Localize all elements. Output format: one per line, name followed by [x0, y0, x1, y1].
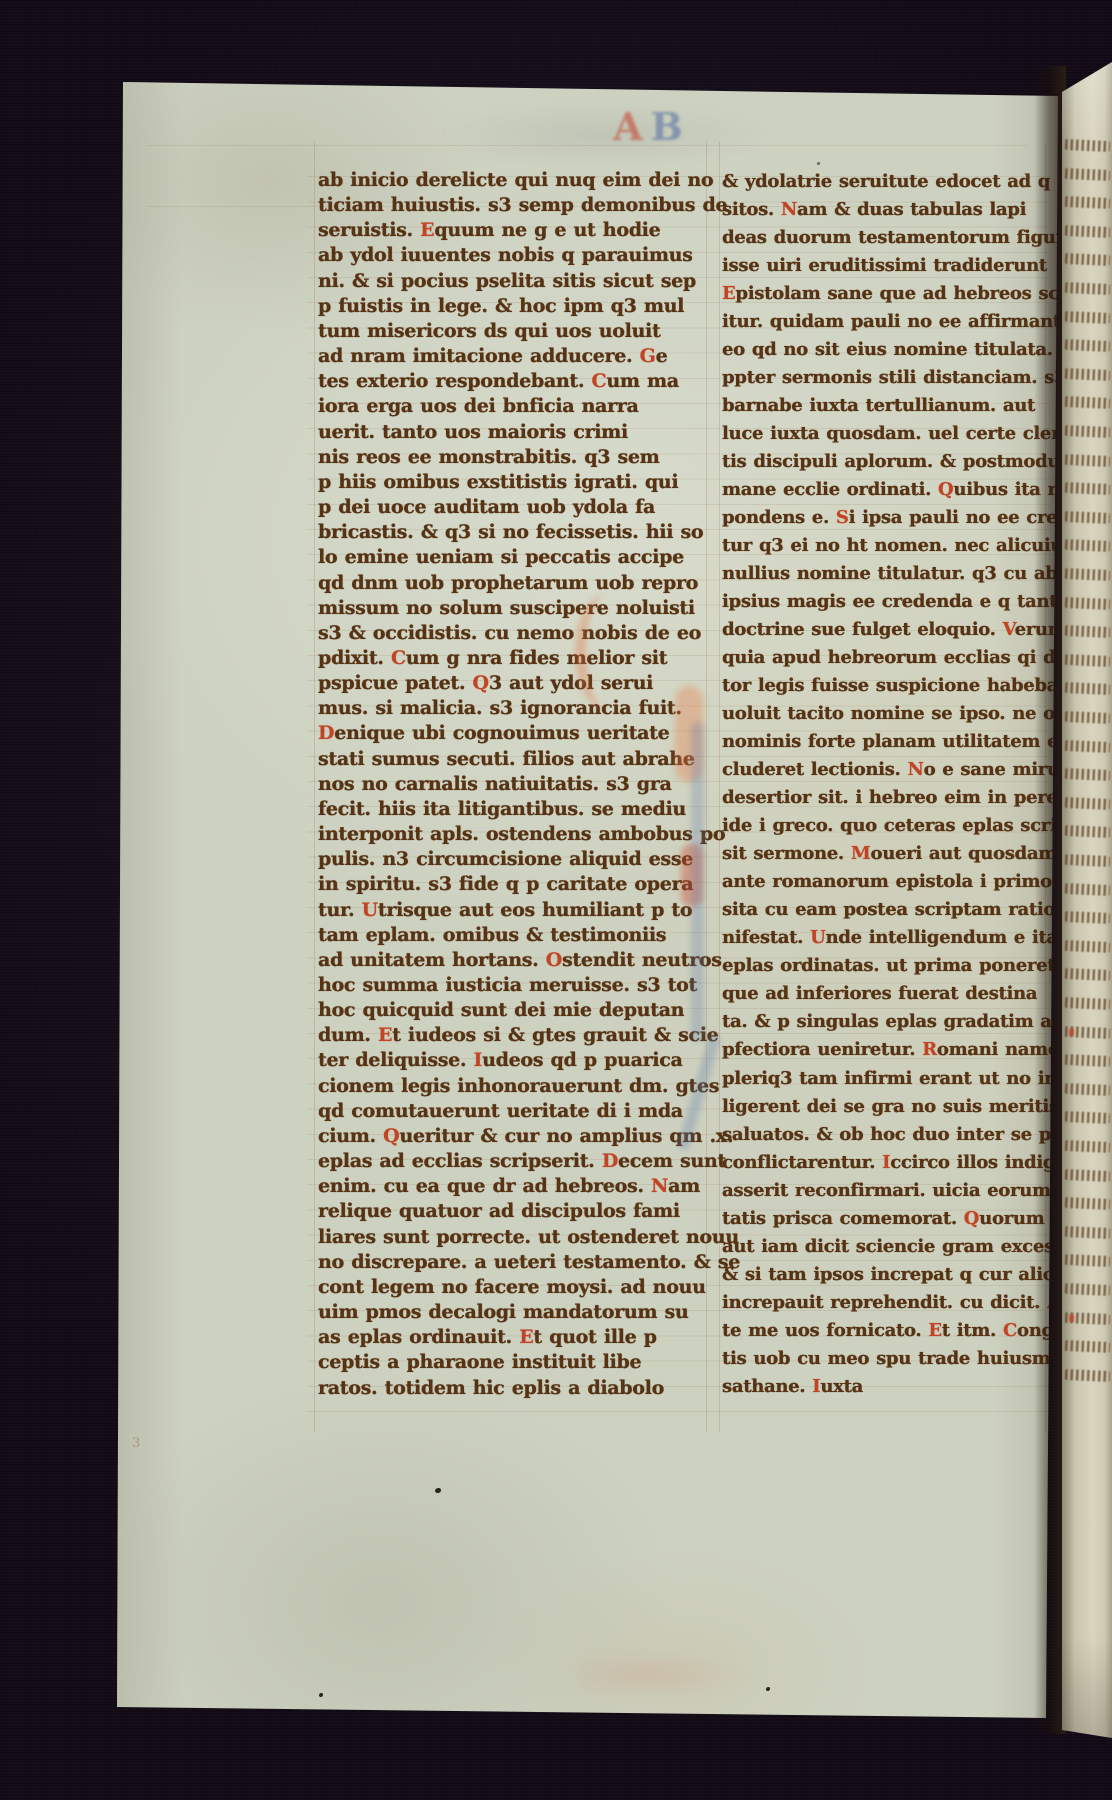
text-line: hoc quicquid sunt dei mie deputan — [318, 998, 710, 1023]
text-line: ratos. totidem hic eplis a diabolo — [318, 1376, 710, 1401]
text-line: cium. Queritur & cur no amplius qm .x. — [318, 1124, 710, 1149]
text-line: nis reos ee monstrabitis. q3 sem — [318, 445, 710, 470]
next-folio-text-line — [1065, 797, 1110, 810]
next-folio-text-line — [1065, 1169, 1110, 1182]
text-line: doctrine sue fulget eloquio. Verum — [722, 616, 1048, 644]
next-folio-text-line — [1065, 1054, 1110, 1067]
page-gap-shadow — [1034, 66, 1066, 1734]
next-folio-text-line — [1065, 940, 1110, 953]
rubricated-letter: U — [810, 927, 825, 948]
text-line: aut iam dicit sciencie gram excessisse — [722, 1233, 1048, 1261]
text-line: & si tam ipsos increpat q cur alios no — [722, 1261, 1048, 1289]
rubricated-letter: Q — [938, 479, 953, 500]
next-folio-text-line — [1065, 311, 1110, 324]
text-line: ab ydol iuuentes nobis q parauimus — [318, 243, 710, 268]
text-line: uoluit tacito nomine se ipso. ne odiu — [722, 700, 1048, 728]
text-line: ligerent dei se gra no suis meritis ee — [722, 1093, 1048, 1121]
text-line: asserit reconfirmari. uicia eorum getili — [722, 1177, 1048, 1205]
text-line: qd comutauerunt ueritate di i mda — [318, 1099, 710, 1124]
text-line: & ydolatrie seruitute edocet ad q — [722, 168, 1048, 196]
rubricated-letter: E — [519, 1326, 533, 1348]
text-line: relique quatuor ad discipulos fami — [318, 1199, 710, 1224]
text-line: p dei uoce auditam uob ydola fa — [318, 495, 710, 520]
text-line: saluatos. & ob hoc duo inter se populi — [722, 1121, 1048, 1149]
rubricated-letter: E — [928, 1320, 941, 1341]
next-folio-text-line — [1065, 482, 1110, 495]
text-line: itur. quidam pauli no ee affirmant — [722, 308, 1048, 336]
text-line: nos no carnalis natiuitatis. s3 gra — [318, 772, 710, 797]
text-line: sita cu eam postea scriptam ratio ma — [722, 896, 1048, 924]
text-line: ide i greco. quo ceteras eplas scrip — [722, 812, 1048, 840]
rubricated-letter: E — [722, 283, 735, 304]
rubricated-letter: E — [420, 219, 434, 241]
text-line: mane ecclie ordinati. Quibus ita res — [722, 476, 1048, 504]
text-line: cluderet lectionis. No e sane miru si — [722, 756, 1048, 784]
text-line: p fuistis in lege. & hoc ipm q3 mul — [318, 294, 710, 319]
next-folio-edge — [1062, 62, 1112, 1738]
text-line: tatis prisca comemorat. Quorum iis — [722, 1205, 1048, 1233]
text-line: tes exterio respondebant. Cum ma — [318, 369, 710, 394]
next-folio-text-line — [1065, 196, 1110, 209]
next-folio-text-line — [1065, 1369, 1110, 1382]
text-line: tor legis fuisse suspicione habebat — [722, 672, 1048, 700]
rubricated-letter: I — [882, 1152, 890, 1173]
text-line: increpauit reprehendit. cu dicit. Audi — [722, 1289, 1048, 1317]
text-line: stati sumus secuti. filios aut abrahe — [318, 747, 710, 772]
text-line: ipsius magis ee credenda e q tanto — [722, 588, 1048, 616]
next-folio-text-line — [1065, 225, 1110, 238]
manuscript-photo: A B ab inicio derelicte qui nuq eim dei … — [0, 0, 1112, 1800]
text-line: ni. & si pocius pselita sitis sicut sep — [318, 269, 710, 294]
rubricated-letter: O — [546, 949, 562, 971]
text-line: barnabe iuxta tertullianum. aut — [722, 392, 1048, 420]
text-line: no discrepare. a ueteri testamento. & se — [318, 1250, 710, 1275]
text-column-left: ab inicio derelicte qui nuq eim dei noti… — [318, 168, 710, 1401]
next-folio-text-line — [1065, 654, 1110, 667]
next-folio-text-line — [1065, 168, 1110, 181]
text-line: ceptis a pharaone instituit libe — [318, 1350, 710, 1375]
text-line: conflictarentur. Iccirco illos indigne — [722, 1149, 1048, 1177]
text-line: pspicue patet. Q3 aut ydol serui — [318, 671, 710, 696]
rubricated-letter: Q — [383, 1125, 399, 1147]
text-line: missum no solum suscipere noluisti — [318, 596, 710, 621]
text-line: ante romanorum epistola i primo sit po — [722, 868, 1048, 896]
rubricated-letter: I — [474, 1049, 483, 1071]
text-line: tam eplam. omibus & testimoniis — [318, 923, 710, 948]
ink-speck — [817, 162, 820, 165]
text-line: bricastis. & q3 si no fecissetis. hii so — [318, 520, 710, 545]
text-line: nifestat. Unde intelligendum e ita eas — [722, 924, 1048, 952]
next-folio-text-line — [1065, 511, 1110, 524]
next-folio-text-line — [1065, 1283, 1110, 1296]
text-line: in spiritu. s3 fide q p caritate opera — [318, 872, 710, 897]
text-line: as eplas ordinauit. Et quot ille p — [318, 1325, 710, 1350]
rubricated-letter: C — [391, 647, 406, 669]
text-line: fecit. hiis ita litigantibus. se mediu — [318, 797, 710, 822]
text-line: hoc summa iusticia meruisse. s3 tot — [318, 973, 710, 998]
next-folio-text-line — [1065, 282, 1110, 295]
manuscript-page: A B ab inicio derelicte qui nuq eim dei … — [117, 82, 1058, 1718]
rubricated-letter: N — [907, 759, 923, 780]
rubricated-letter: N — [781, 199, 797, 220]
rubricated-letter: D — [318, 722, 334, 744]
text-line: isse uiri eruditissimi tradiderunt — [722, 252, 1048, 280]
text-line: nullius nomine titulatur. q3 cu absurdu … — [722, 560, 1048, 588]
text-line: ticiam huiustis. s3 semp demonibus de — [318, 193, 710, 218]
folio-mark: A B — [587, 100, 717, 152]
next-folio-text-line — [1065, 997, 1110, 1010]
next-folio-text-line — [1065, 339, 1110, 352]
text-line: enim. cu ea que dr ad hebreos. Nam — [318, 1174, 710, 1199]
rubricated-letter: C — [592, 370, 607, 392]
rubricated-letter: S — [836, 507, 849, 528]
rubricated-letter: N — [651, 1175, 668, 1197]
rubricated-letter: Q — [964, 1208, 979, 1229]
text-line: ta. & p singulas eplas gradatim ad — [722, 1008, 1048, 1036]
next-folio-text-line — [1065, 625, 1110, 638]
next-folio-text-line — [1065, 568, 1110, 581]
next-folio-text-line — [1065, 740, 1110, 753]
text-line: deas duorum testamentorum figuram hu — [722, 224, 1048, 252]
text-line: dum. Et iudeos si & gtes grauit & scie — [318, 1023, 710, 1048]
margin-mark: 3 — [132, 1436, 140, 1451]
text-line: mus. si malicia. s3 ignorancia fuit. — [318, 696, 710, 721]
text-line: pulis. n3 circumcisione aliquid esse — [318, 847, 710, 872]
next-folio-text-line — [1065, 425, 1110, 438]
next-folio-text-line — [1065, 454, 1110, 467]
ink-speck — [766, 1687, 770, 1691]
rubricated-letter: D — [602, 1150, 618, 1172]
text-line: tur. Utrisque aut eos humiliant p to — [318, 898, 710, 923]
next-folio-text-line — [1065, 1312, 1110, 1325]
text-line: te me uos fornicato. Et itm. Congrega — [722, 1317, 1048, 1345]
text-line: sit sermone. Moueri aut quosdam. q — [722, 840, 1048, 868]
text-column-right: & ydolatrie seruitute edocet ad qsitos. … — [722, 168, 1048, 1401]
rubricated-letter: M — [851, 843, 871, 864]
text-line: seruistis. Equum ne g e ut hodie — [318, 218, 710, 243]
text-line: uerit. tanto uos maioris crimi — [318, 420, 710, 445]
text-line: sitos. Nam & duas tabulas lapi — [722, 196, 1048, 224]
next-folio-text-line — [1065, 711, 1110, 724]
text-line: eplas ad ecclias scripserit. Decem sunt — [318, 1149, 710, 1174]
next-folio-text-line — [1065, 597, 1110, 610]
next-folio-text-line — [1065, 1026, 1110, 1039]
text-line: pdixit. Cum g nra fides melior sit — [318, 646, 710, 671]
text-line: cont legem no facere moysi. ad nouu — [318, 1275, 710, 1300]
rubricated-letter: G — [640, 345, 656, 367]
text-line: liares sunt porrecte. ut ostenderet nouu — [318, 1225, 710, 1250]
text-line: ter deliquisse. Iudeos qd p puarica — [318, 1048, 710, 1073]
ruling-vertical-line — [314, 142, 315, 1432]
text-line: eplas ordinatas. ut prima poneret — [722, 952, 1048, 980]
next-folio-text-line — [1065, 883, 1110, 896]
next-folio-text-line — [1065, 768, 1110, 781]
ink-speck — [319, 1693, 323, 1697]
rubricated-letter: U — [362, 899, 378, 921]
next-folio-text-line — [1065, 368, 1110, 381]
text-line: nominis forte planam utilitatem ex — [722, 728, 1048, 756]
text-line: p hiis omibus exstitistis igrati. qui — [318, 470, 710, 495]
text-line: ppter sermonis stili distanciam. s3 aut — [722, 364, 1048, 392]
text-line: ad nram imitacione adducere. Ge — [318, 344, 710, 369]
text-line: tur q3 ei no ht nomen. nec alicuius e q3 — [722, 532, 1048, 560]
rubricated-letter: Q — [473, 672, 489, 694]
next-folio-text-line — [1065, 139, 1110, 152]
text-line: Denique ubi cognouimus ueritate — [318, 721, 710, 746]
text-line: ab inicio derelicte qui nuq eim dei no — [318, 168, 710, 193]
text-line: desertior sit. i hebreo eim in peregrino — [722, 784, 1048, 812]
folio-mark-red-letter: A — [613, 104, 650, 149]
text-line: luce iuxta quosdam. uel certe clemen — [722, 420, 1048, 448]
text-line: ad unitatem hortans. Ostendit neutros — [318, 948, 710, 973]
text-line: uim pmos decalogi mandatorum su — [318, 1300, 710, 1325]
next-folio-text-line — [1065, 1340, 1110, 1353]
next-folio-text-line — [1065, 854, 1110, 867]
text-line: lo emine ueniam si peccatis accipe — [318, 545, 710, 570]
text-line: Epistolam sane que ad hebreos scrib — [722, 280, 1048, 308]
text-line: que ad inferiores fuerat destina — [722, 980, 1048, 1008]
text-line: tis discipuli aplorum. & postmodum ro — [722, 448, 1048, 476]
offset-stain — [577, 1650, 747, 1700]
rubricated-letter: E — [378, 1024, 392, 1046]
rubricated-letter: V — [1003, 619, 1015, 640]
next-folio-text-line — [1065, 911, 1110, 924]
next-folio-text-line — [1065, 1140, 1110, 1153]
text-line: sathane. Iuxta — [722, 1373, 1048, 1401]
text-line: interponit apls. ostendens ambobus po — [318, 822, 710, 847]
text-line: eo qd no sit eius nomine titulata. & — [722, 336, 1048, 364]
next-folio-text-line — [1065, 1197, 1110, 1210]
text-line: s3 & occidistis. cu nemo nobis de eo — [318, 621, 710, 646]
next-folio-text-line — [1065, 1083, 1110, 1096]
next-folio-text-line — [1065, 1226, 1110, 1239]
text-line: qd dnm uob prophetarum uob repro — [318, 571, 710, 596]
text-line: pfectiora ueniretur. Romani namq3 — [722, 1036, 1048, 1064]
text-line: tis uob cu meo spu trade huiusmodi — [722, 1345, 1048, 1373]
text-line: cionem legis inhonorauerunt dm. gtes — [318, 1074, 710, 1099]
folio-mark-blue-letter: B — [651, 104, 691, 149]
rubricated-letter: C — [1003, 1320, 1017, 1341]
rubricated-letter: R — [922, 1039, 937, 1060]
text-line: pleriq3 tam infirmi erant ut no intel — [722, 1065, 1048, 1093]
rubricated-letter: I — [812, 1376, 820, 1397]
text-line: pondens e. Si ipsa pauli no ee credi — [722, 504, 1048, 532]
ink-speck — [435, 1488, 441, 1493]
text-line: quia apud hebreorum ecclias qi destruc — [722, 644, 1048, 672]
text-line: tum misericors ds qui uos uoluit — [318, 319, 710, 344]
text-line: iora erga uos dei bnficia narra — [318, 394, 710, 419]
